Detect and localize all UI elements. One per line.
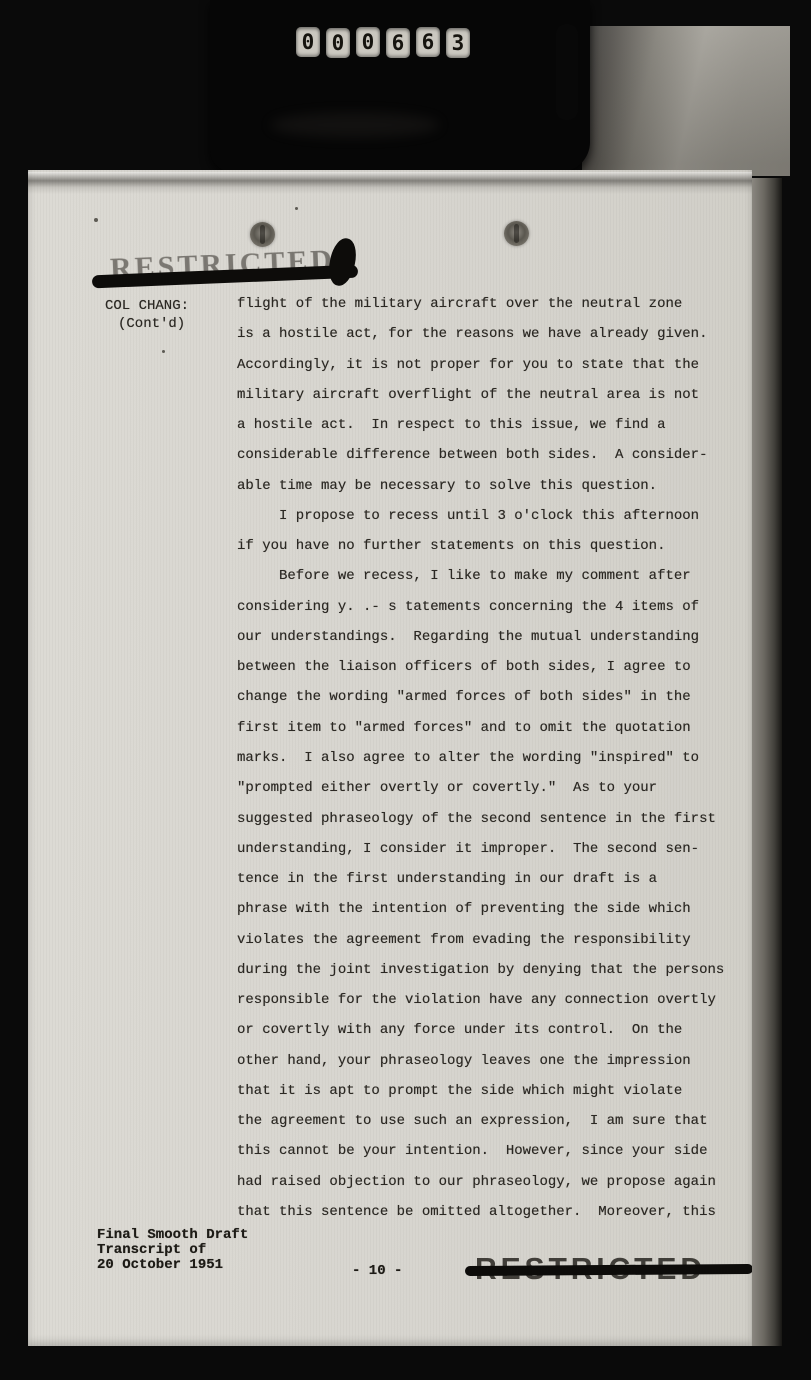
counter-digit: 6	[416, 27, 440, 57]
body-line: tence in the first understanding in our …	[237, 871, 757, 901]
body-line: this cannot be your intention. However, …	[237, 1143, 757, 1173]
body-line: a hostile act. In respect to this issue,…	[237, 417, 757, 447]
body-line: violates the agreement from evading the …	[237, 932, 757, 962]
speaker-continued: (Cont'd)	[118, 315, 189, 333]
scanned-document-photo: 000663 RESTRICTED COL CHANG: (Cont'd) fl…	[0, 0, 811, 1380]
body-line: "prompted either overtly or covertly." A…	[237, 780, 757, 810]
body-line: between the liaison officers of both sid…	[237, 659, 757, 689]
page-edge-shadow	[752, 178, 782, 1346]
speaker-name: COL CHANG:	[105, 297, 189, 315]
device-handle	[556, 24, 578, 120]
body-line: considerable difference between both sid…	[237, 447, 757, 477]
body-line: if you have no further statements on thi…	[237, 538, 757, 568]
body-line: our understandings. Regarding the mutual…	[237, 629, 757, 659]
counter-digit: 0	[356, 27, 380, 57]
body-line: Before we recess, I like to make my comm…	[237, 568, 757, 598]
counter-digit: 0	[326, 28, 350, 58]
body-line: change the wording "armed forces of both…	[237, 689, 757, 719]
body-line: is a hostile act, for the reasons we hav…	[237, 326, 757, 356]
footer-line: Final Smooth Draft	[97, 1228, 248, 1243]
body-text: flight of the military aircraft over the…	[237, 296, 757, 1234]
body-line: first item to "armed forces" and to omit…	[237, 720, 757, 750]
body-line: military aircraft overflight of the neut…	[237, 387, 757, 417]
strikethrough-mark-bottom	[465, 1264, 753, 1276]
body-line: marks. I also agree to alter the wording…	[237, 750, 757, 780]
body-line: the agreement to use such an expression,…	[237, 1113, 757, 1143]
body-line: understanding, I consider it improper. T…	[237, 841, 757, 871]
numbering-stamp-device: 000663	[210, 0, 590, 172]
body-line: that it is apt to prompt the side which …	[237, 1083, 757, 1113]
punch-hole-right	[504, 221, 529, 246]
counter-digit: 3	[446, 28, 470, 58]
counter-digit: 0	[296, 27, 320, 57]
punch-hole-left	[250, 222, 275, 247]
counter-digit: 6	[386, 28, 410, 58]
counter-digits: 000663	[296, 27, 470, 57]
speaker-label: COL CHANG: (Cont'd)	[105, 297, 189, 333]
body-line: that this sentence be omitted altogether…	[237, 1204, 757, 1234]
paper-speck	[162, 350, 165, 353]
paper-speck	[295, 207, 298, 210]
body-line: had raised objection to our phraseology,…	[237, 1174, 757, 1204]
body-line: flight of the military aircraft over the…	[237, 296, 757, 326]
body-line: responsible for the violation have any c…	[237, 992, 757, 1022]
document-page: RESTRICTED COL CHANG: (Cont'd) flight of…	[28, 170, 752, 1346]
page-number: - 10 -	[352, 1263, 402, 1279]
footer-line: 20 October 1951	[97, 1258, 248, 1273]
body-line: Accordingly, it is not proper for you to…	[237, 357, 757, 387]
body-line: other hand, your phraseology leaves one …	[237, 1053, 757, 1083]
paper-speck	[94, 218, 98, 222]
footer-source-note: Final Smooth DraftTranscript of20 Octobe…	[97, 1228, 248, 1274]
body-line: able time may be necessary to solve this…	[237, 478, 757, 508]
paper-glare-behind-device	[582, 26, 790, 176]
body-line: phrase with the intention of preventing …	[237, 901, 757, 931]
body-line: considering y. .- s tatements concerning…	[237, 599, 757, 629]
body-line: during the joint investigation by denyin…	[237, 962, 757, 992]
body-line: I propose to recess until 3 o'clock this…	[237, 508, 757, 538]
body-line: suggested phraseology of the second sent…	[237, 811, 757, 841]
body-line: or covertly with any force under its con…	[237, 1022, 757, 1052]
